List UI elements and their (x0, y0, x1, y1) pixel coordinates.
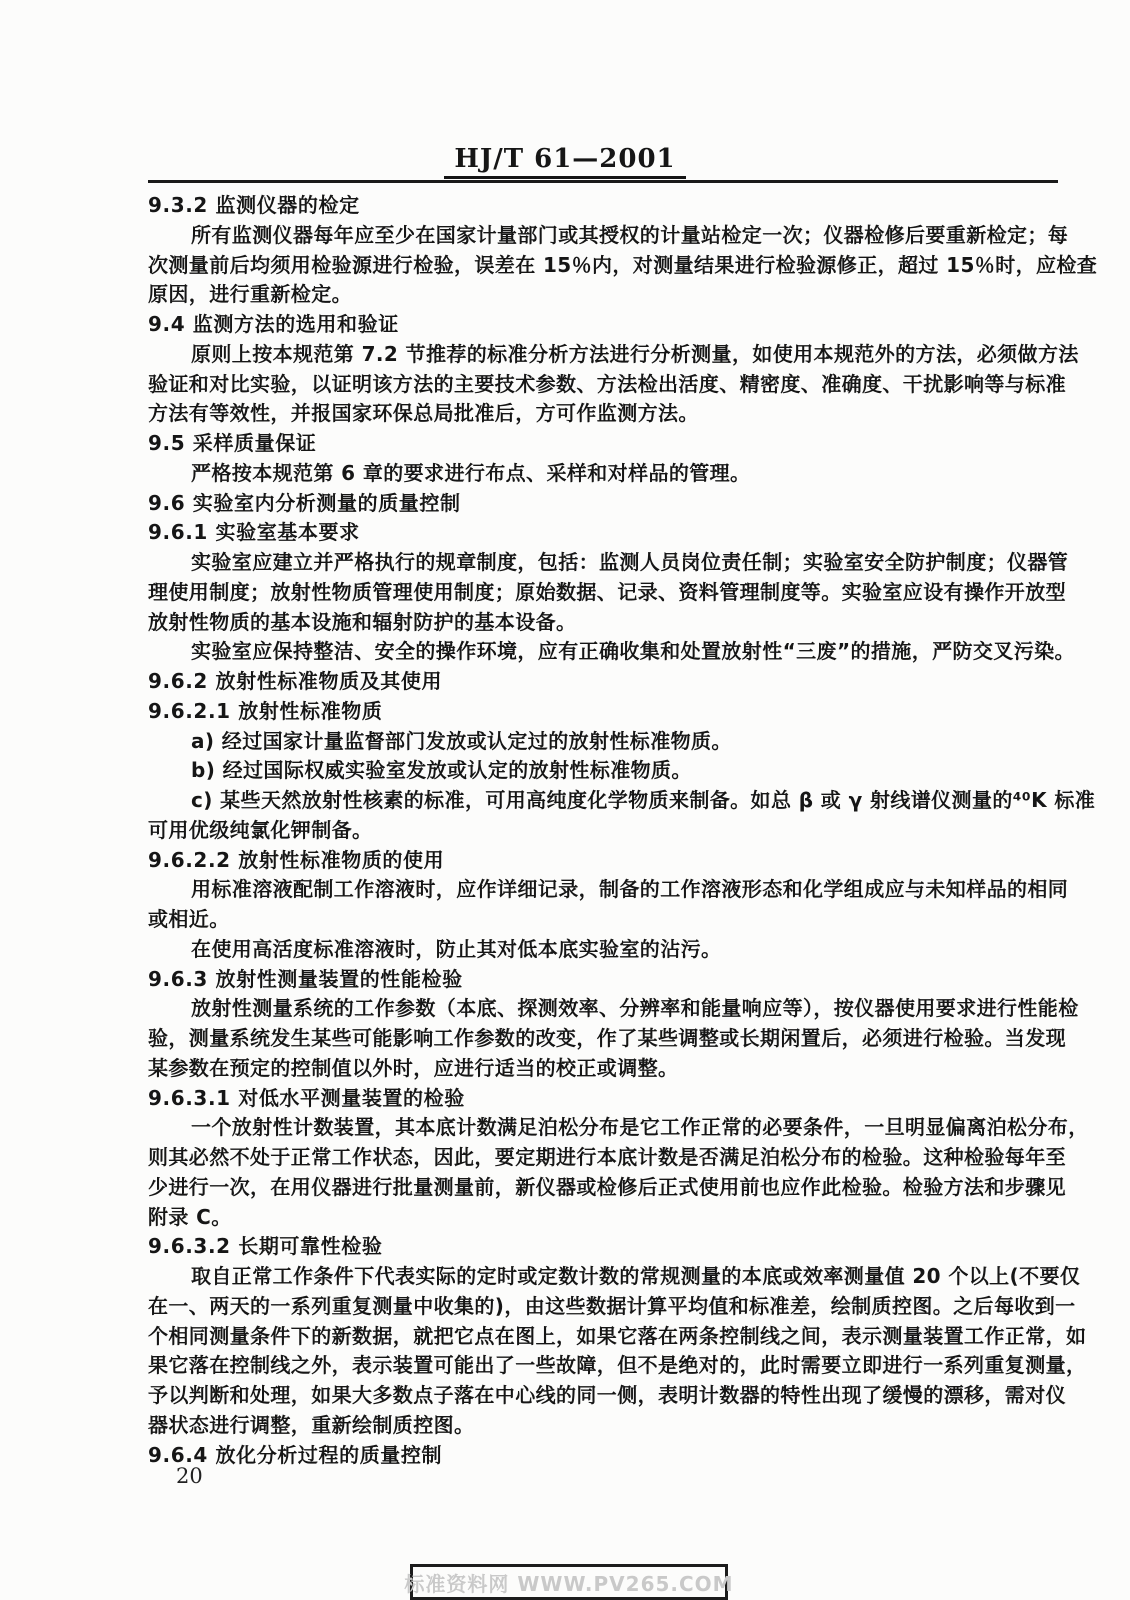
section-heading: 9.6.2 放射性标准物质及其使用 (148, 667, 1058, 697)
text-line: 取自正常工作条件下代表实际的定时或定数计数的常规测量的本底或效率测量值 20 个… (148, 1262, 1058, 1292)
header-rule (148, 180, 1058, 183)
text-line: 或相近。 (148, 905, 1058, 935)
section-heading: 9.6.3.1 对低水平测量装置的检验 (148, 1084, 1058, 1114)
text-line: 予以判断和处理，如果大多数点子落在中心线的同一侧，表明计数器的特性出现了缓慢的漂… (148, 1381, 1058, 1411)
section-heading: 9.3.2 监测仪器的检定 (148, 191, 1058, 221)
text-line: 可用优级纯氯化钾制备。 (148, 816, 1058, 846)
text-line: 用标准溶液配制工作溶液时，应作详细记录，制备的工作溶液形态和化学组成应与未知样品… (148, 875, 1058, 905)
text-line: a) 经过国家计量监督部门发放或认定过的放射性标准物质。 (148, 727, 1058, 757)
section-heading: 9.6.3.2 长期可靠性检验 (148, 1232, 1058, 1262)
document-page: HJ/T 61—2001 9.3.2 监测仪器的检定所有监测仪器每年应至少在国家… (0, 0, 1130, 1600)
text-line: b) 经过国际权威实验室发放或认定的放射性标准物质。 (148, 756, 1058, 786)
text-line: 理使用制度；放射性物质管理使用制度；原始数据、记录、资料管理制度等。实验室应设有… (148, 578, 1058, 608)
text-line: 在一、两天的一系列重复测量中收集的)，由这些数据计算平均值和标准差，绘制质控图。… (148, 1292, 1058, 1322)
section-heading: 9.6.1 实验室基本要求 (148, 518, 1058, 548)
text-line: 验，测量系统发生某些可能影响工作参数的改变，作了某些调整或长期闲置后，必须进行检… (148, 1024, 1058, 1054)
text-line: c) 某些天然放射性核素的标准，可用高纯度化学物质来制备。如总 β 或 γ 射线… (148, 786, 1058, 816)
section-heading: 9.6.2.1 放射性标准物质 (148, 697, 1058, 727)
watermark-box: 标准资料网 WWW.PV265.COM (410, 1564, 728, 1600)
text-line: 器状态进行调整，重新绘制质控图。 (148, 1411, 1058, 1441)
text-line: 原则上按本规范第 7.2 节推荐的标准分析方法进行分析测量，如使用本规范外的方法… (148, 340, 1058, 370)
text-line: 方法有等效性，并报国家环保总局批准后，方可作监测方法。 (148, 399, 1058, 429)
page-number: 20 (176, 1464, 203, 1488)
text-line: 严格按本规范第 6 章的要求进行布点、采样和对样品的管理。 (148, 459, 1058, 489)
text-line: 个相同测量条件下的新数据，就把它点在图上，如果它落在两条控制线之间，表示测量装置… (148, 1322, 1058, 1352)
doc-code: HJ/T 61—2001 (444, 144, 685, 179)
text-line: 验证和对比实验，以证明该方法的主要技术参数、方法检出活度、精密度、准确度、干扰影… (148, 370, 1058, 400)
text-line: 次测量前后均须用检验源进行检验，误差在 15％内，对测量结果进行检验源修正，超过… (148, 251, 1058, 281)
text-line: 原因，进行重新检定。 (148, 280, 1058, 310)
section-heading: 9.6 实验室内分析测量的质量控制 (148, 489, 1058, 519)
section-heading: 9.5 采样质量保证 (148, 429, 1058, 459)
text-line: 所有监测仪器每年应至少在国家计量部门或其授权的计量站检定一次；仪器检修后要重新检… (148, 221, 1058, 251)
text-line: 实验室应建立并严格执行的规章制度，包括：监测人员岗位责任制；实验室安全防护制度；… (148, 548, 1058, 578)
text-line: 某参数在预定的控制值以外时，应进行适当的校正或调整。 (148, 1054, 1058, 1084)
page-header: HJ/T 61—2001 (0, 144, 1130, 179)
text-line: 少进行一次，在用仪器进行批量测量前，新仪器或检修后正式使用前也应作此检验。检验方… (148, 1173, 1058, 1203)
section-heading: 9.6.2.2 放射性标准物质的使用 (148, 846, 1058, 876)
text-line: 放射性物质的基本设施和辐射防护的基本设备。 (148, 608, 1058, 638)
text-line: 果它落在控制线之外，表示装置可能出了一些故障，但不是绝对的，此时需要立即进行一系… (148, 1351, 1058, 1381)
section-heading: 9.6.3 放射性测量装置的性能检验 (148, 965, 1058, 995)
text-line: 放射性测量系统的工作参数（本底、探测效率、分辨率和能量响应等），按仪器使用要求进… (148, 994, 1058, 1024)
watermark-text: 标准资料网 WWW.PV265.COM (404, 1568, 733, 1597)
text-line: 一个放射性计数装置，其本底计数满足泊松分布是它工作正常的必要条件，一旦明显偏离泊… (148, 1113, 1058, 1143)
text-line: 在使用高活度标准溶液时，防止其对低本底实验室的沾污。 (148, 935, 1058, 965)
text-line: 附录 C。 (148, 1203, 1058, 1233)
document-body: 9.3.2 监测仪器的检定所有监测仪器每年应至少在国家计量部门或其授权的计量站检… (148, 191, 1058, 1470)
text-line: 实验室应保持整洁、安全的操作环境，应有正确收集和处置放射性“三废”的措施，严防交… (148, 637, 1058, 667)
text-line: 则其必然不处于正常工作状态，因此，要定期进行本底计数是否满足泊松分布的检验。这种… (148, 1143, 1058, 1173)
section-heading: 9.4 监测方法的选用和验证 (148, 310, 1058, 340)
section-heading: 9.6.4 放化分析过程的质量控制 (148, 1441, 1058, 1471)
